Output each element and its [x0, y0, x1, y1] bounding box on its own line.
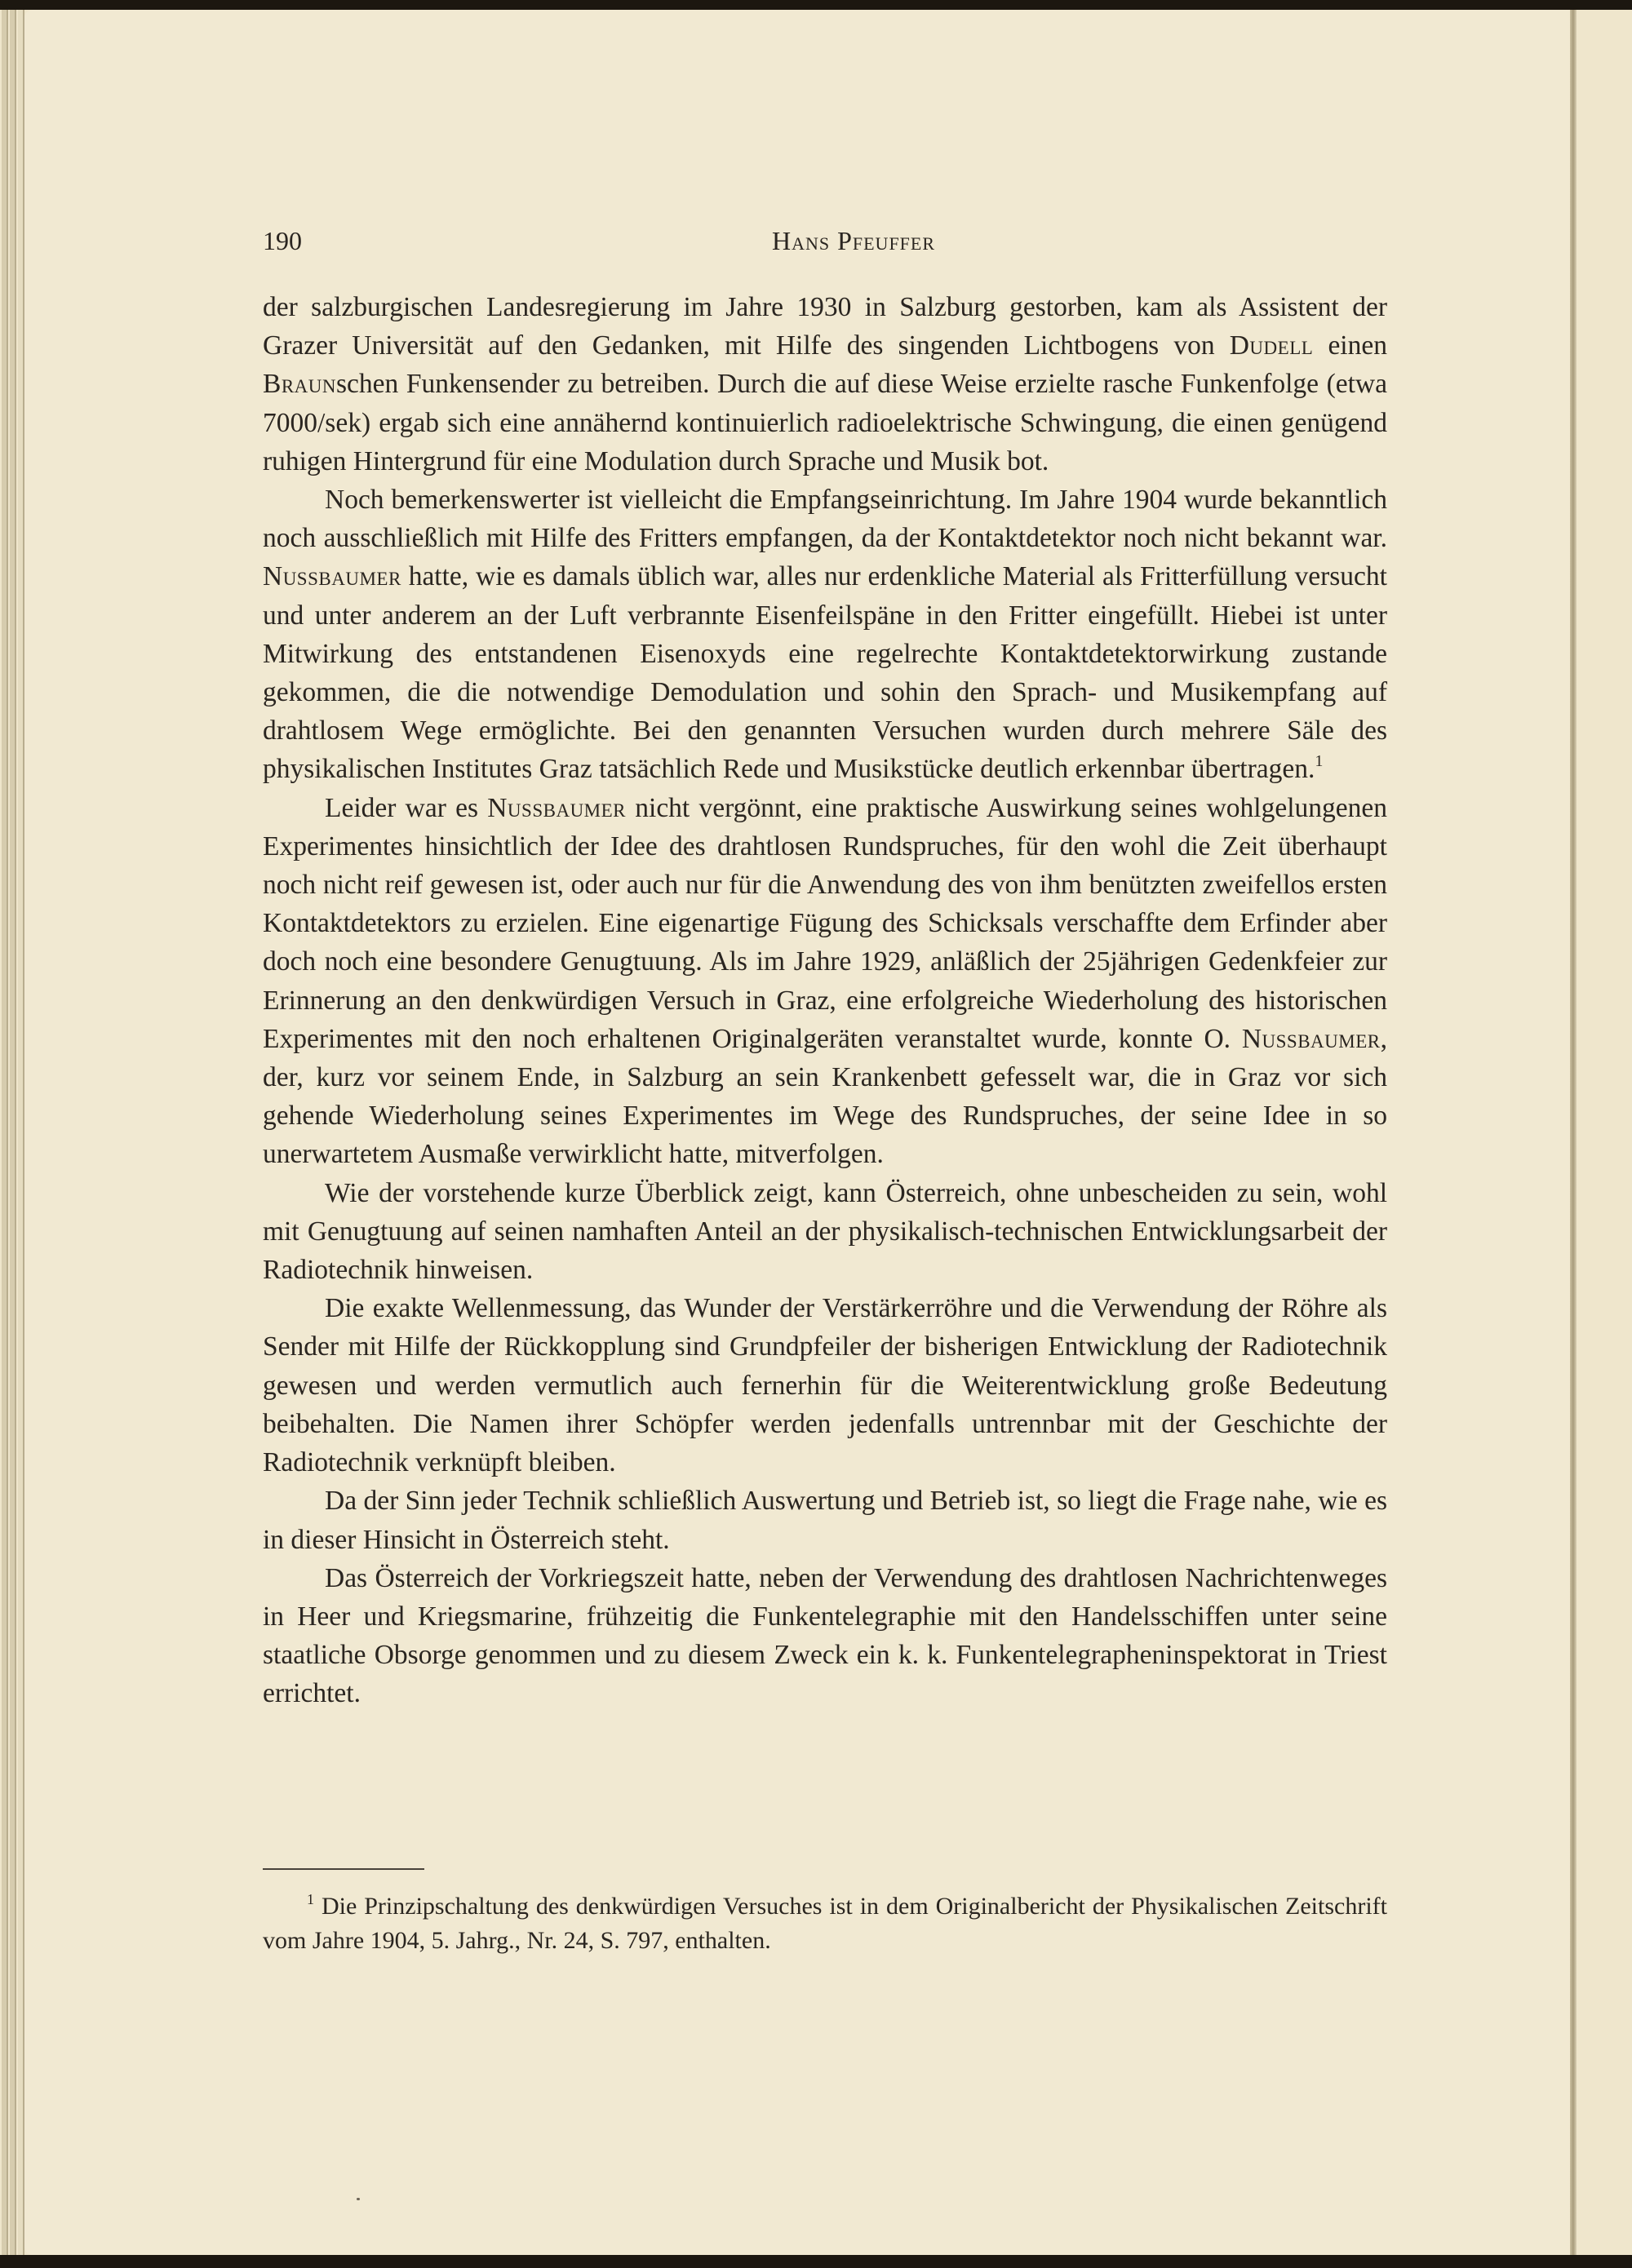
person-name: Nussbaumer: [1242, 1024, 1381, 1054]
running-title: Hans Pfeuffer: [263, 226, 1412, 256]
paragraph: Noch bemerkenswerter ist vielleicht die …: [263, 481, 1387, 789]
text-run: Die exakte Wellenmessung, das Wunder der…: [263, 1293, 1387, 1477]
person-name: Dudell: [1230, 330, 1314, 361]
scan-speck: [357, 2198, 360, 2200]
footnote-marker: 1: [307, 1891, 314, 1907]
text-run: Noch bemerkenswerter ist vielleicht die …: [263, 485, 1387, 553]
paragraph: Da der Sinn jeder Technik schließlich Au…: [263, 1482, 1387, 1558]
body-text: der salzburgischen Landesregierung im Ja…: [263, 288, 1387, 1713]
adjacent-page-edge: [1577, 10, 1632, 2255]
footnote-item: 1 Die Prinzipschaltung des denkwürdigen …: [263, 1889, 1387, 1958]
paragraph: der salzburgischen Landesregierung im Ja…: [263, 288, 1387, 481]
footnote: 1 Die Prinzipschaltung des denkwürdigen …: [263, 1889, 1387, 1958]
page-edge: [10, 10, 16, 2255]
paragraph: Leider war es Nussbaumer nicht vergönnt,…: [263, 789, 1387, 1174]
text-run: einen: [1313, 330, 1387, 361]
text-run: Da der Sinn jeder Technik schließlich Au…: [263, 1486, 1387, 1554]
paragraph: Wie der vorstehende kurze Überblick zeig…: [263, 1174, 1387, 1290]
text-run: Wie der vorstehende kurze Überblick zeig…: [263, 1178, 1387, 1285]
text-run: schen Funkensender zu betreiben. Durch d…: [263, 369, 1387, 476]
text-run: Das Österreich der Vorkriegszeit hatte, …: [263, 1563, 1387, 1709]
paragraph: Das Österreich der Vorkriegszeit hatte, …: [263, 1559, 1387, 1713]
footnote-divider: [263, 1868, 424, 1870]
person-name: Nussbaumer: [487, 793, 626, 823]
footnote-reference[interactable]: 1: [1315, 752, 1323, 770]
text-run: hatte, wie es damals üblich war, alles n…: [263, 561, 1387, 784]
person-name: Braun: [263, 369, 336, 399]
text-run: der salzburgischen Landesregierung im Ja…: [263, 292, 1387, 361]
text-run: nicht vergönnt, eine praktische Auswirku…: [263, 793, 1387, 1054]
book-gutter: [1570, 10, 1577, 2255]
page-edge: [18, 10, 24, 2255]
paragraph: Die exakte Wellenmessung, das Wunder der…: [263, 1289, 1387, 1482]
person-name: Nussbaumer: [263, 561, 401, 591]
text-run: Leider war es: [325, 793, 487, 823]
running-head: 190 Hans Pfeuffer: [263, 226, 1412, 267]
page-edge: [2, 10, 8, 2255]
footnote-text: Die Prinzipschaltung des denkwürdigen Ve…: [263, 1893, 1387, 1954]
